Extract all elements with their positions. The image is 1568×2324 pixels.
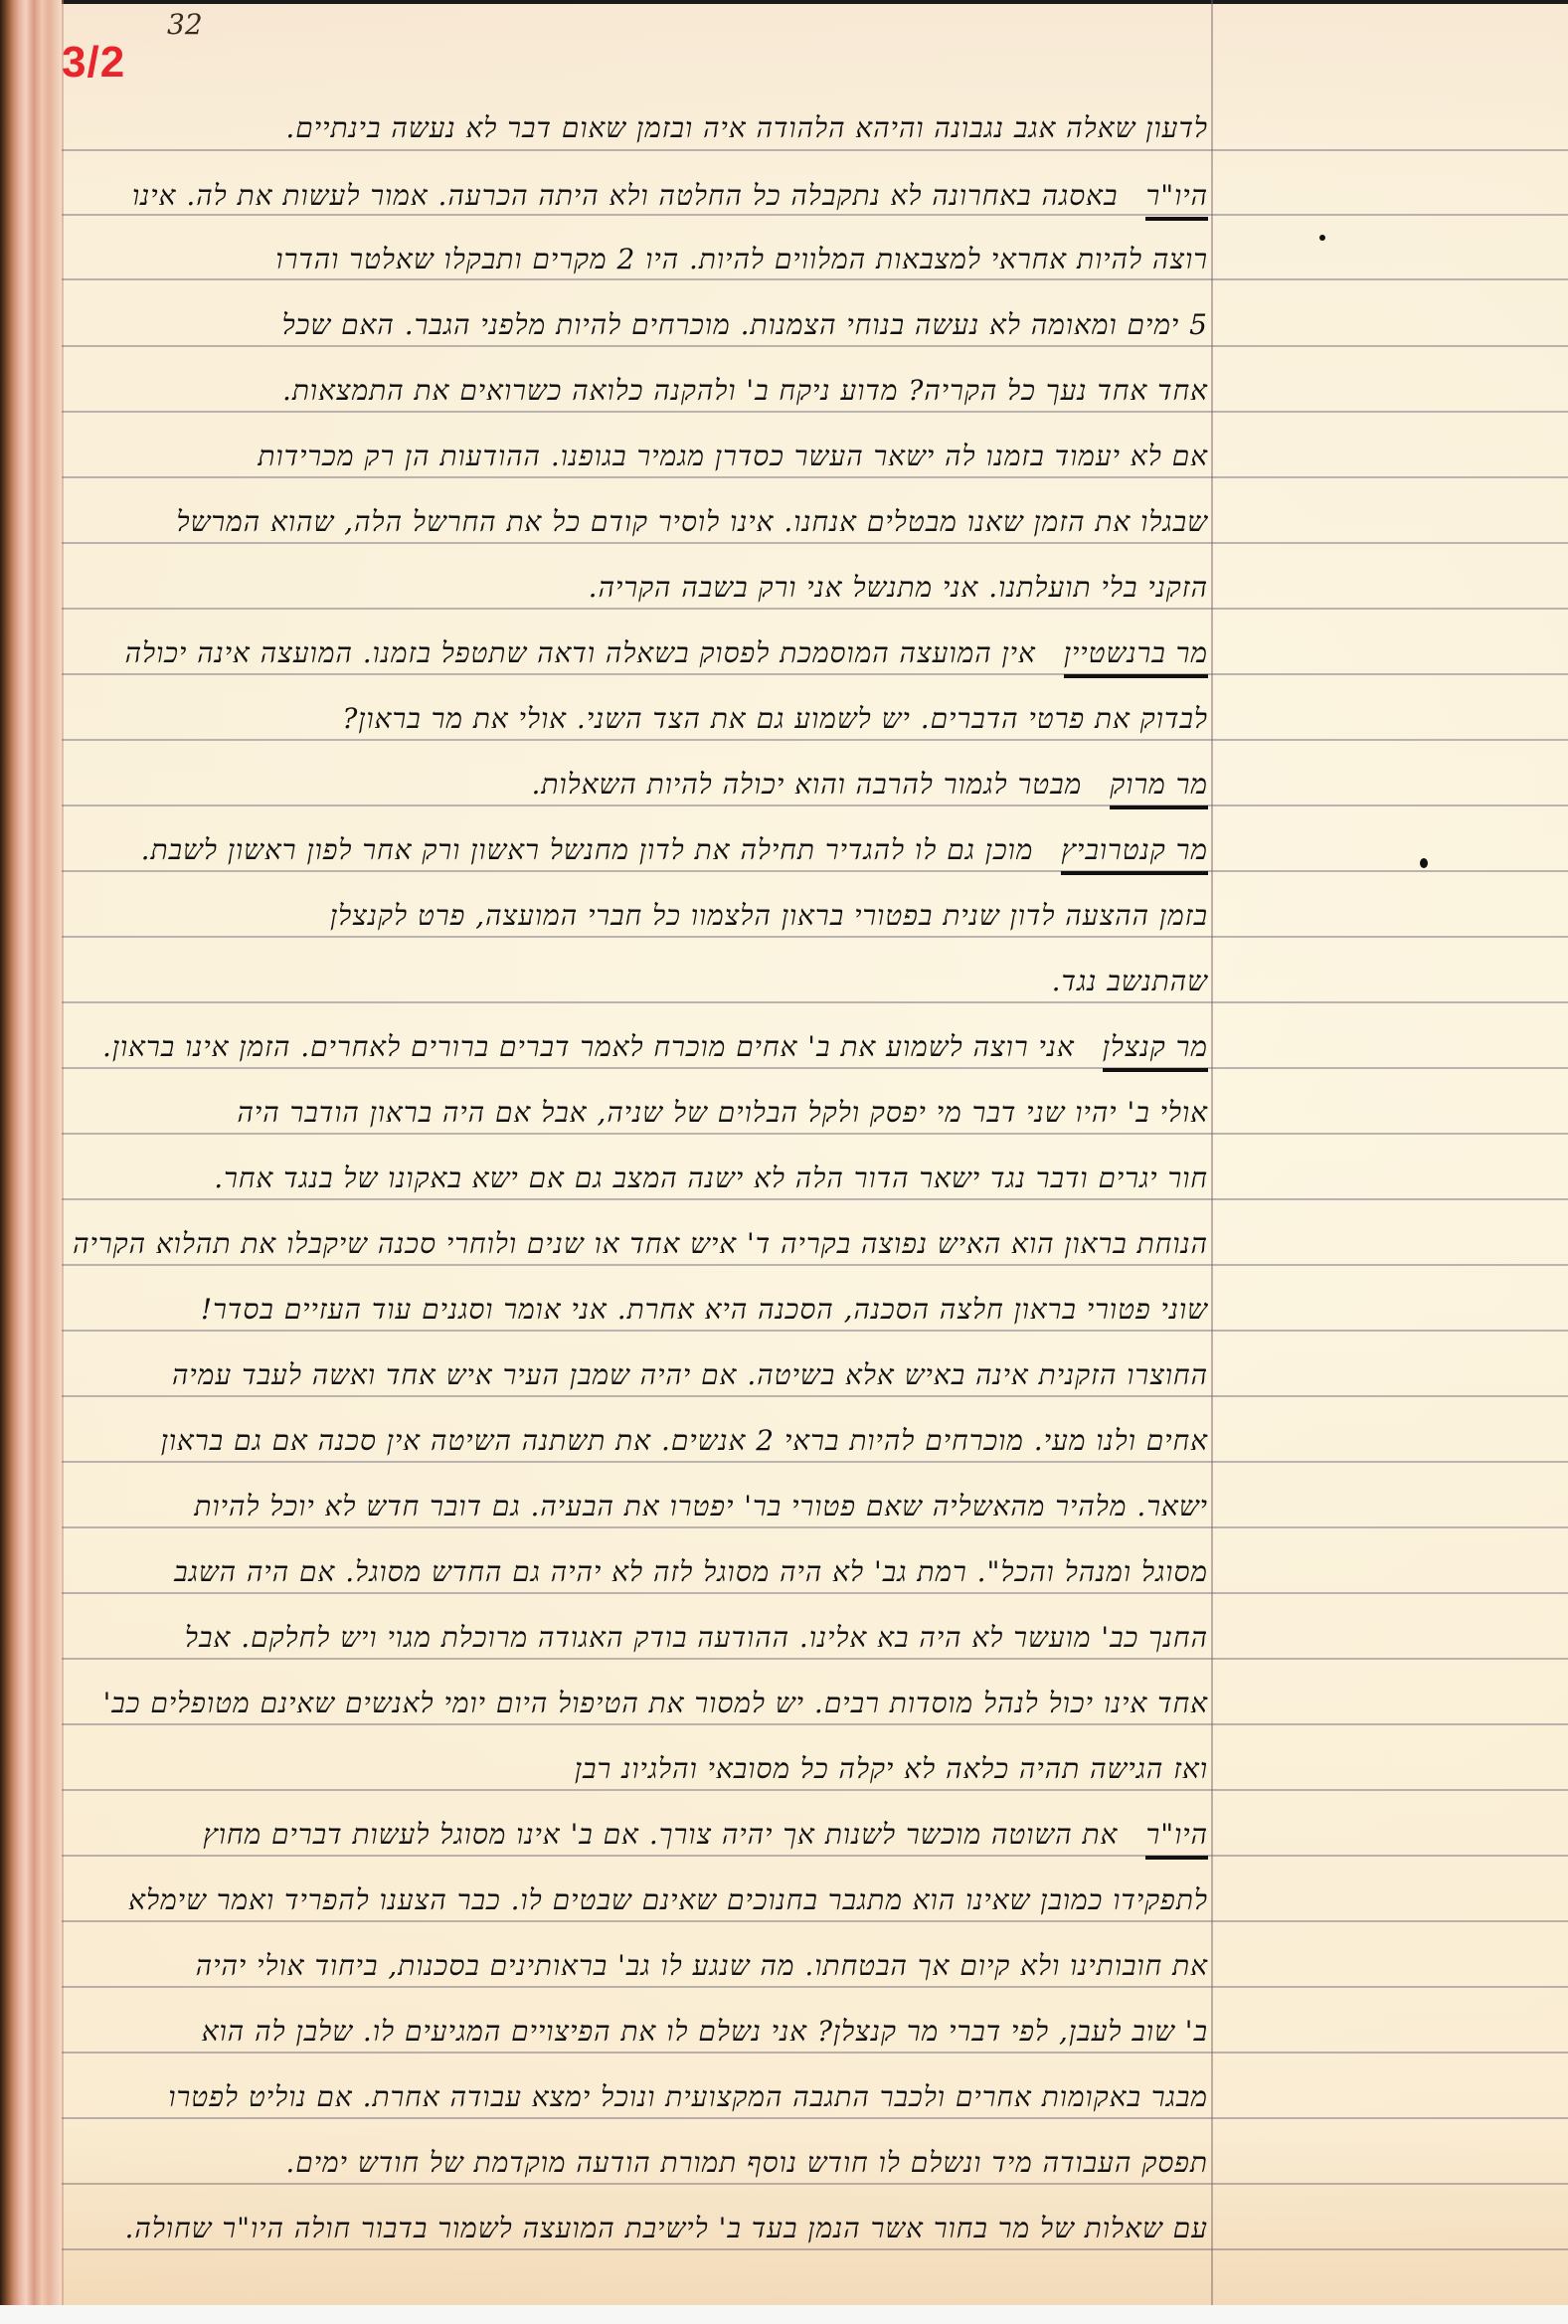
ruled-line	[62, 2183, 1568, 2185]
book-binding	[0, 0, 62, 2305]
ruled-line	[62, 1133, 1568, 1135]
text-line: אולי ב' יהיו שני דבר מי יפסק ולקל הבלוים…	[237, 1096, 1208, 1130]
text-line: 5 ימים ומאומה לא נעשה בנוחי הצמנות. מוכר…	[282, 308, 1208, 342]
notebook-page: 3/2 32 לדעון שאלה אגב נגבונה והיהא הלהוד…	[0, 0, 1568, 2305]
text-line: אם לא יעמוד בזמנו לה ישאר העשר כסדרן מגמ…	[258, 440, 1208, 473]
text-line: לבדוק את פרטי הדברים. יש לשמוע גם את הצד…	[342, 702, 1208, 736]
ruled-line	[62, 1526, 1568, 1528]
text-line: שבגלו את הזמן שאנו מבטלים אנחנו. אינו לו…	[177, 505, 1209, 539]
ruled-line	[62, 1198, 1568, 1200]
text-line: מר ברנשטייןאין המועצה המוסמכת לפסוק בשאל…	[125, 636, 1208, 678]
ruled-line	[62, 739, 1568, 741]
ruled-line	[62, 1461, 1568, 1463]
ruled-line	[62, 936, 1568, 938]
text-line: מר קנצלןאני רוצה לשמוע את ב' אחים מוכרח …	[102, 1030, 1208, 1072]
ruled-line	[62, 1395, 1568, 1397]
text-line: לדעון שאלה אגב נגבונה והיהא הלהודה איה ו…	[285, 111, 1208, 145]
text-line: הנוחת בראון הוא האיש נפוצה בקריה ד' איש …	[73, 1227, 1208, 1261]
ruled-line	[62, 278, 1568, 280]
text-line: תפסק העבודה מיד ונשלם לו חודש נוסף תמורת…	[285, 2146, 1208, 2180]
ruled-line	[62, 542, 1568, 544]
speaker-label: מר קנצלן	[1103, 1030, 1208, 1072]
page-number-label: 3/2	[62, 38, 125, 88]
text-line: מסוגל ומנהל והכל". רמת גב' לא היה מסוגל …	[174, 1555, 1208, 1589]
text-line: אחד אינו יכול לנהל מוסדות רבים. יש למסור…	[103, 1687, 1208, 1720]
ruled-line	[62, 476, 1568, 478]
text-line: מר קנטרוביץמוכן גם לו להגדיר תחילה את לד…	[141, 833, 1208, 875]
ruled-line	[62, 1986, 1568, 1988]
ruled-line	[62, 1264, 1568, 1266]
speaker-label: מר ברנשטיין	[1064, 636, 1208, 678]
speaker-label: היו"ר	[1145, 179, 1208, 221]
text-line: אחים ולנו מעי. מוכרחים להיות בראי 2 אנשי…	[161, 1424, 1208, 1458]
scan-edge	[0, 0, 1568, 4]
text-line: מבגר באקומות אחרים ולכבר התגבה המקצועית …	[168, 2080, 1208, 2114]
text-line: לתפקידו כמובן שאינו הוא מתגבר בחנוכים שא…	[128, 1883, 1208, 1917]
text-line: אחד אחד נעך כל הקריה? מדוע ניקח ב' ולהקנ…	[282, 374, 1208, 408]
ruled-line	[62, 1592, 1568, 1594]
ink-speck	[1420, 858, 1428, 868]
text-line: שהתנשב נגד.	[1052, 965, 1208, 998]
text-line: שוני פטורי בראון חלצה הסכנה, הסכנה היא א…	[201, 1293, 1208, 1327]
text-line: היו"רבאסגה באחרונה לא נתקבלה כל החלטה ול…	[132, 179, 1208, 221]
ruled-line	[62, 345, 1568, 347]
ruled-line	[62, 149, 1568, 151]
text-line: החנך כב' מועשר לא היה בא אלינו. ההודעה ב…	[185, 1621, 1208, 1655]
text-line: הזקני בלי תועלתנו. אני מתנשל אני ורק בשב…	[589, 571, 1208, 605]
ruled-line	[62, 2248, 1568, 2250]
ruled-line	[62, 411, 1568, 413]
ruled-line	[62, 1658, 1568, 1660]
ruled-line	[62, 2052, 1568, 2054]
text-line: החוצרו הזקנית אינה באיש אלא בשיטה. אם יה…	[172, 1358, 1208, 1392]
text-line: בזמן ההצעה לדון שנית בפטורי בראון הלצמוו…	[330, 899, 1208, 933]
text-line: חור יגרים ודבר נגד ישאר הדור הלה לא ישנה…	[214, 1162, 1208, 1195]
ink-speck	[1319, 235, 1325, 241]
ruled-line	[62, 1723, 1568, 1725]
text-line: ואז הגישה תהיה כלאה לא יקלה כל מסובאי וה…	[575, 1752, 1208, 1786]
speaker-label: היו"ר	[1145, 1818, 1208, 1860]
ruled-line	[62, 608, 1568, 610]
speaker-label: מר קנטרוביץ	[1061, 833, 1208, 875]
text-line: עם שאלות של מר בחור אשר הנמן בעד ב' לישי…	[125, 2212, 1208, 2245]
ruled-line	[62, 1001, 1568, 1003]
scan-margin	[0, 2305, 1568, 2324]
speaker-label: מר מרוק	[1110, 768, 1208, 809]
ruled-line	[62, 1789, 1568, 1791]
ruled-line	[62, 1330, 1568, 1332]
text-line: מר מרוקמבטר לגמור להרבה והוא יכולה להיות…	[531, 768, 1208, 809]
ruled-line	[62, 1920, 1568, 1922]
text-line: רוצה להיות אחראי למצבאות המלווים להיות. …	[275, 243, 1208, 276]
text-line: ישאר. מלהיר מהאשליה שאם פטורי בר' יפטרו …	[194, 1490, 1208, 1523]
text-line: את חובותינו ולא קיום אך הבטחתו. מה שנגע …	[196, 1949, 1208, 1983]
folio-mark: 32	[167, 8, 203, 41]
text-line: ב' שוב לעבן, לפי דברי מר קנצלן? אני נשלם…	[202, 2015, 1208, 2049]
ruled-line	[62, 2117, 1568, 2119]
text-line: היו"ראת השוטה מוכשר לשנות אך יהיה צורך. …	[203, 1818, 1208, 1860]
